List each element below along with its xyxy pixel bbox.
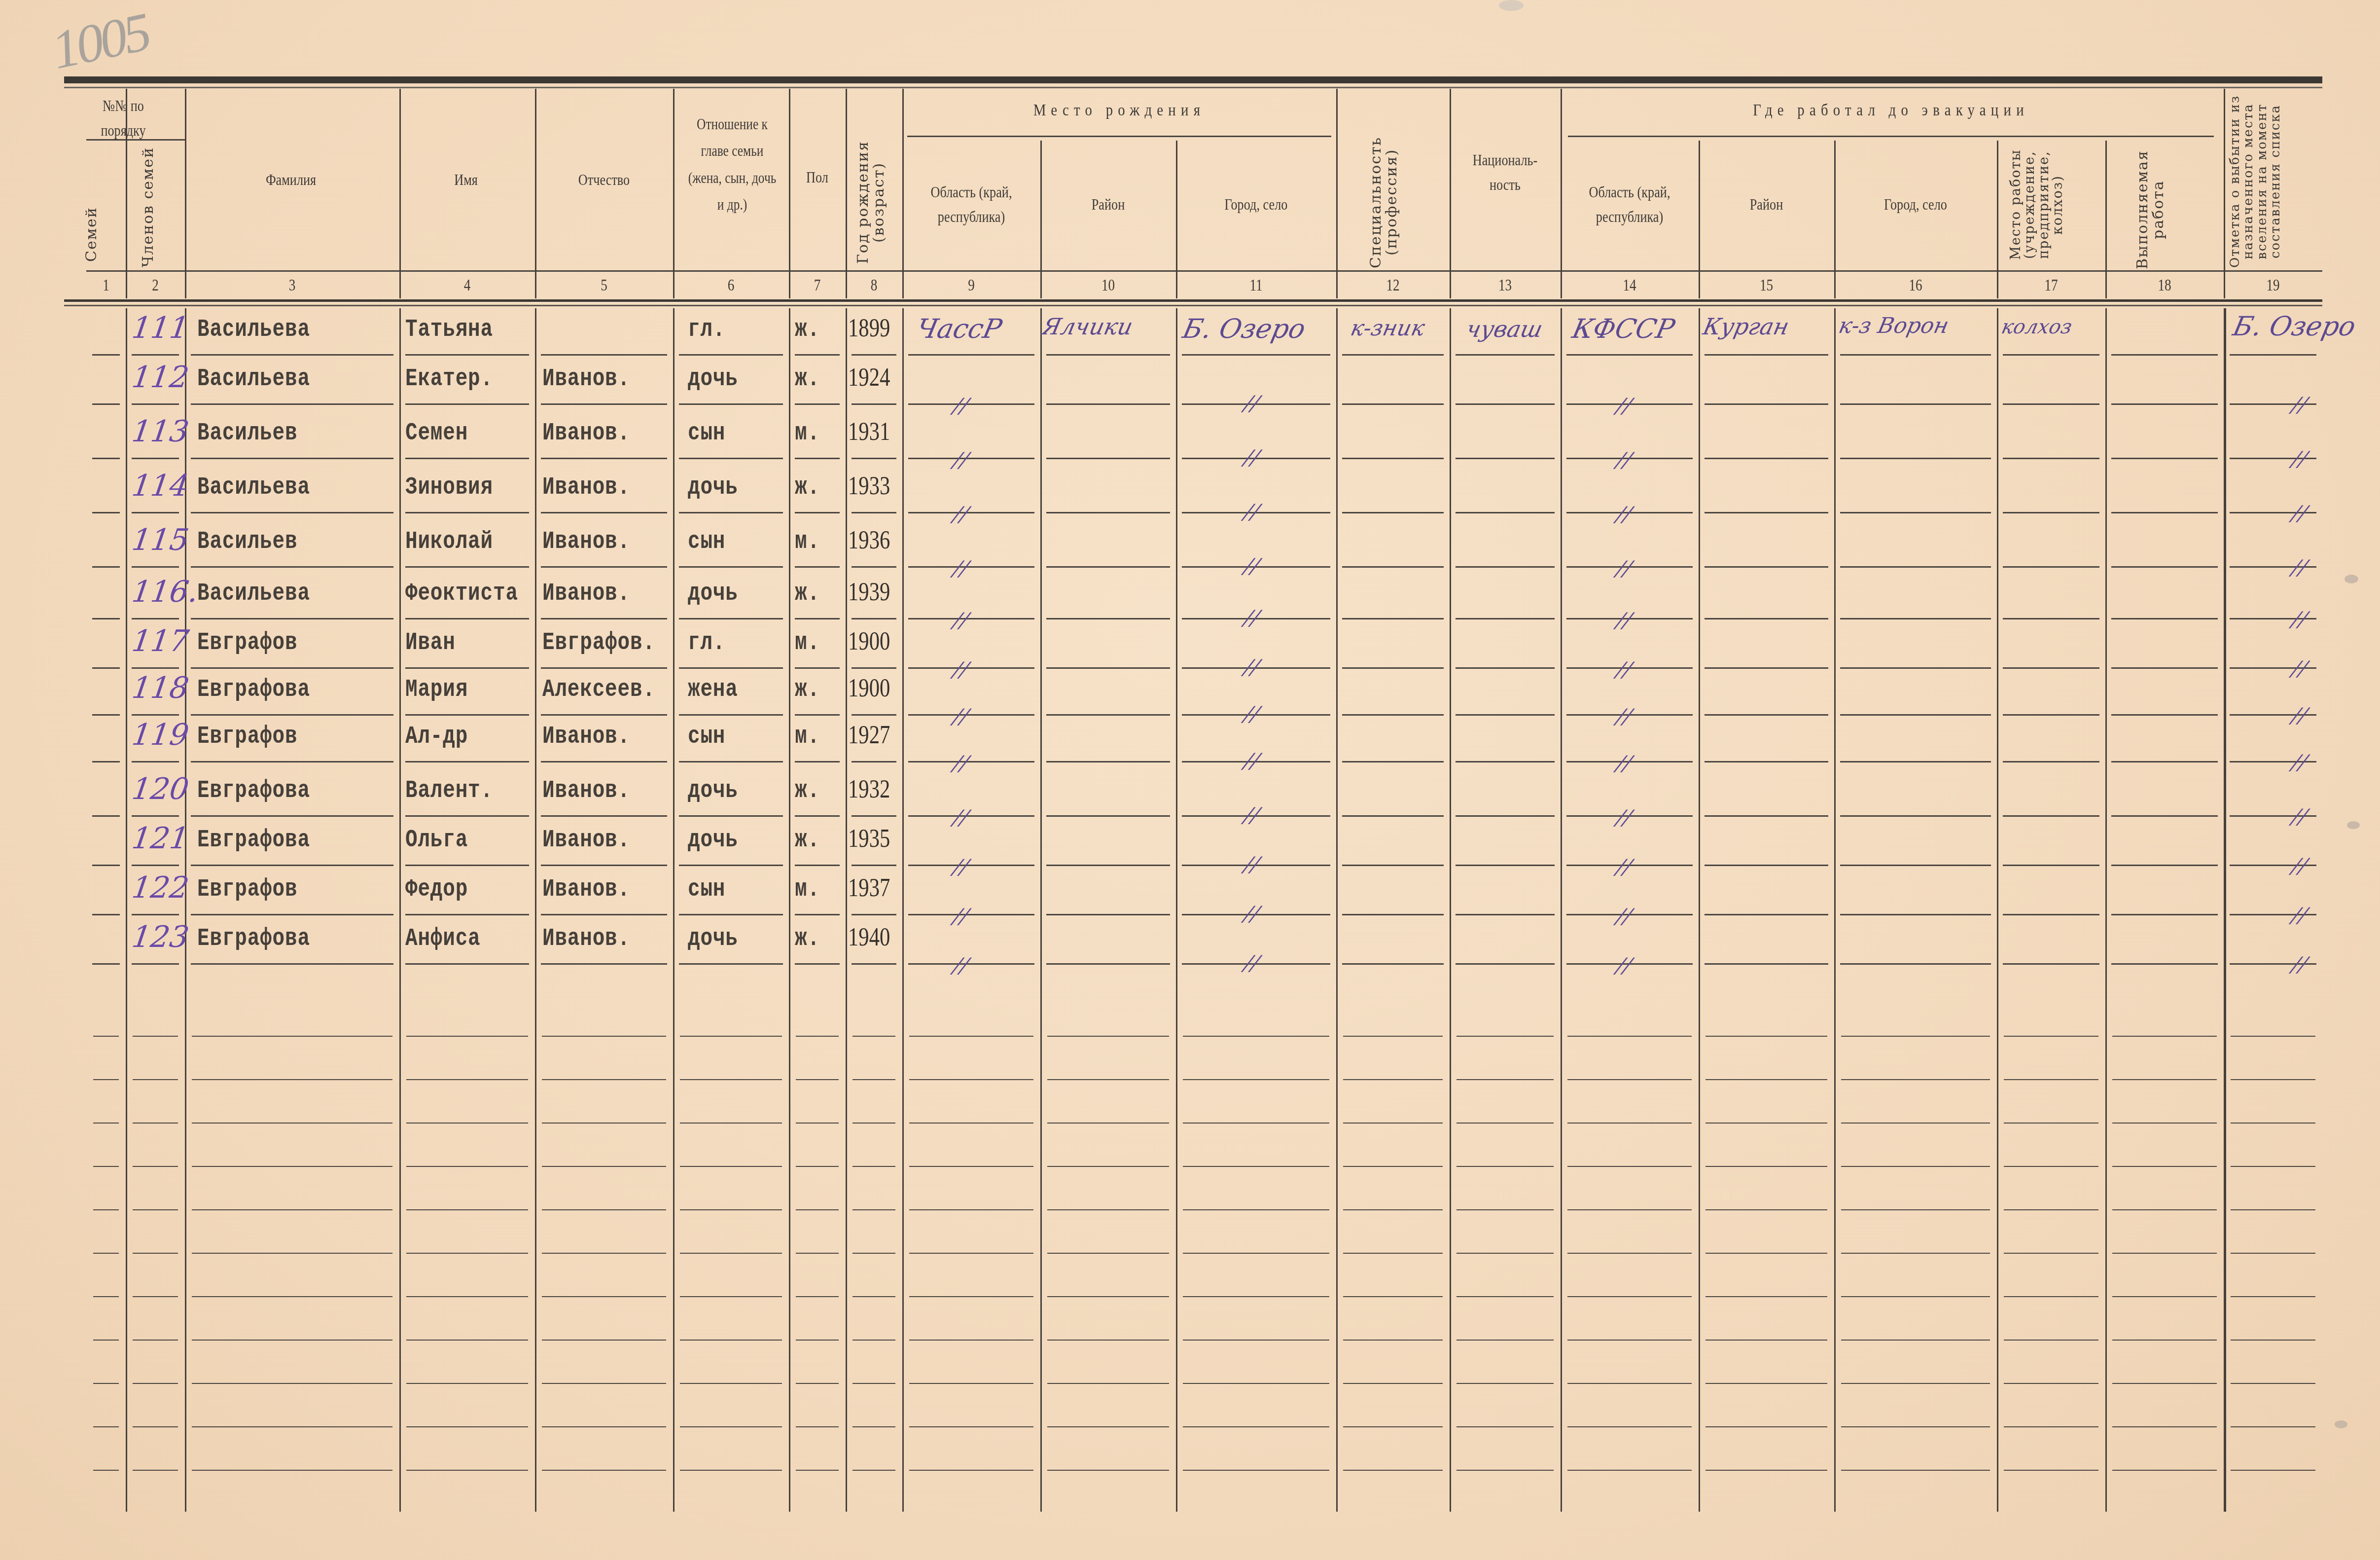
header-group-work-before-evacuation: Где работал до эвакуации xyxy=(1616,101,2166,120)
blank-row-line xyxy=(1456,1079,1554,1080)
row-underline xyxy=(795,761,840,762)
surname: Евграфова xyxy=(197,925,310,953)
blank-row-line xyxy=(853,1253,895,1254)
row-underline xyxy=(1342,815,1444,817)
row-underline xyxy=(1840,914,1991,915)
sex: м. xyxy=(795,419,820,447)
pencil-page-number: 1005 xyxy=(46,0,154,82)
blank-row-line xyxy=(406,1296,528,1297)
row-underline xyxy=(2111,815,2218,817)
row-underline xyxy=(132,618,179,619)
blank-row-line xyxy=(2004,1426,2098,1427)
blank-row-line xyxy=(2112,1209,2217,1210)
row-underline xyxy=(132,512,179,513)
blank-row-line xyxy=(1841,1079,1990,1080)
row-underline xyxy=(795,865,840,866)
blank-row-line xyxy=(1841,1253,1990,1254)
header-col-19: Отметка о выбытии из назначенного места … xyxy=(2229,91,2317,271)
row-underline xyxy=(1566,354,1693,356)
first-name: Иван xyxy=(405,629,456,657)
member-number: 114 xyxy=(130,469,191,503)
blank-row-line xyxy=(93,1079,119,1080)
row-underline xyxy=(191,761,393,762)
patronymic: Иванов. xyxy=(542,723,630,751)
relation: дочь xyxy=(688,580,738,608)
row-underline xyxy=(795,403,840,405)
blank-row-line xyxy=(796,1253,839,1254)
row-underline xyxy=(541,714,667,716)
blank-row-line xyxy=(1183,1166,1329,1167)
blank-row-line xyxy=(853,1166,895,1167)
patronymic: Алексеев. xyxy=(542,676,655,704)
column-divider xyxy=(2105,308,2107,1512)
row-underline xyxy=(405,667,529,669)
relation: сын xyxy=(688,723,725,751)
column-divider xyxy=(1450,308,1451,1512)
row-underline xyxy=(852,667,896,669)
column-divider xyxy=(126,308,127,1512)
row-underline xyxy=(191,354,393,356)
blank-row-line xyxy=(1705,1123,1827,1124)
member-number: 113 xyxy=(130,414,191,449)
column-divider xyxy=(535,89,536,298)
row-underline xyxy=(2111,512,2218,513)
first-name: Анфиса xyxy=(405,925,481,953)
header-bottom-rule-thin xyxy=(64,305,2322,306)
row-underline xyxy=(2003,354,2099,356)
blank-row-line xyxy=(1705,1079,1827,1080)
column-divider xyxy=(2105,141,2107,298)
row-underline xyxy=(541,815,667,817)
blank-row-line xyxy=(680,1166,782,1167)
birth-year: 1931 xyxy=(848,417,890,446)
birth-year: 1932 xyxy=(848,775,890,804)
row-underline xyxy=(191,566,393,568)
row-underline xyxy=(541,761,667,762)
work-region-ditto: // xyxy=(1614,608,1634,632)
header-col-18: Выполняемая работа xyxy=(2135,148,2189,271)
blank-row-line xyxy=(909,1166,1033,1167)
blank-row-line xyxy=(680,1296,782,1297)
row-underline xyxy=(191,865,393,866)
blank-row-line xyxy=(133,1426,178,1427)
row-underline xyxy=(679,566,783,568)
blank-row-line xyxy=(796,1426,839,1427)
departure-note: Б. Озеро xyxy=(2230,311,2358,342)
birth-year: 1933 xyxy=(848,472,890,501)
row-underline xyxy=(2111,618,2218,619)
row-underline xyxy=(679,618,783,619)
header-col-2: Членов семей xyxy=(141,143,170,271)
blank-row-line xyxy=(2004,1079,2098,1080)
row-underline xyxy=(92,458,120,459)
row-underline xyxy=(1456,714,1555,716)
surname: Евграфова xyxy=(197,676,310,704)
row-underline xyxy=(852,354,896,356)
surname: Евграфов xyxy=(197,875,297,904)
blank-row-line xyxy=(680,1209,782,1210)
group-divider xyxy=(1561,89,1562,298)
row-underline xyxy=(908,354,1034,356)
row-underline xyxy=(405,566,529,568)
blank-row-line xyxy=(909,1036,1033,1037)
first-name: Екатер. xyxy=(405,365,493,393)
member-number: 123 xyxy=(130,920,191,954)
blank-row-line xyxy=(2004,1383,2098,1384)
row-underline xyxy=(679,963,783,965)
row-underline xyxy=(1342,714,1444,716)
nationality: чуваш xyxy=(1464,316,1545,342)
birth-year: 1935 xyxy=(848,824,890,853)
sex: ж. xyxy=(795,580,820,608)
row-underline xyxy=(405,458,529,459)
column-number-8: 8 xyxy=(852,276,897,295)
blank-row-line xyxy=(2004,1296,2098,1297)
blank-row-line xyxy=(2231,1209,2315,1210)
row-underline xyxy=(2003,618,2099,619)
column-number-3: 3 xyxy=(207,276,378,295)
patronymic: Иванов. xyxy=(542,365,630,393)
blank-row-line xyxy=(680,1340,782,1341)
row-underline xyxy=(1046,914,1170,915)
surname: Евграфов xyxy=(197,723,297,751)
row-underline xyxy=(2003,914,2099,915)
workplace: колхоз xyxy=(1999,316,2074,338)
blank-row-line xyxy=(796,1166,839,1167)
patronymic: Иванов. xyxy=(542,826,630,854)
column-number-2: 2 xyxy=(132,276,179,295)
row-underline xyxy=(191,512,393,513)
row-underline xyxy=(92,618,120,619)
header-top-rule xyxy=(64,76,2322,83)
row-underline xyxy=(1342,458,1444,459)
row-underline xyxy=(2003,714,2099,716)
blank-row-line xyxy=(1456,1383,1554,1384)
row-underline xyxy=(795,354,840,356)
birth-district: Ялчики xyxy=(1040,313,1135,340)
header-col-15: Район xyxy=(1713,192,1820,217)
patronymic: Иванов. xyxy=(542,875,630,904)
row-underline xyxy=(541,354,667,356)
blank-row-line xyxy=(853,1036,895,1037)
column-number-12: 12 xyxy=(1348,276,1438,295)
blank-row-line xyxy=(1183,1383,1329,1384)
blank-row-line xyxy=(2004,1166,2098,1167)
header-col-12: Специальность (профессия) xyxy=(1368,133,1413,271)
row-underline xyxy=(852,714,896,716)
row-underline xyxy=(1840,458,1991,459)
row-underline xyxy=(1840,618,1991,619)
blank-row-line xyxy=(1841,1383,1990,1384)
blank-row-line xyxy=(1047,1426,1169,1427)
profession: к-зник xyxy=(1349,316,1427,341)
row-underline xyxy=(1840,354,1991,356)
row-underline xyxy=(1705,914,1828,915)
header-col-7: Пол xyxy=(796,165,838,190)
row-underline xyxy=(1342,914,1444,915)
column-divider xyxy=(846,308,847,1512)
patronymic: Иванов. xyxy=(542,528,630,556)
blank-row-line xyxy=(853,1470,895,1471)
sex: ж. xyxy=(795,777,820,805)
row-underline xyxy=(2111,354,2218,356)
blank-row-line xyxy=(1841,1123,1990,1124)
blank-row-line xyxy=(1456,1253,1554,1254)
blank-row-line xyxy=(542,1123,666,1124)
blank-row-line xyxy=(93,1340,119,1341)
column-number-4: 4 xyxy=(413,276,522,295)
row-underline xyxy=(908,963,1034,965)
blank-row-line xyxy=(192,1209,392,1210)
row-underline xyxy=(679,458,783,459)
blank-row-line xyxy=(909,1470,1033,1471)
birth-region-ditto: // xyxy=(951,394,971,418)
column-divider xyxy=(1834,141,1836,298)
blank-row-line xyxy=(542,1253,666,1254)
row-underline xyxy=(2111,963,2218,965)
birth-year: 1936 xyxy=(848,526,890,555)
relation: сын xyxy=(688,875,725,904)
column-divider xyxy=(535,308,536,1512)
work-region-ditto: // xyxy=(1614,657,1634,682)
row-underline xyxy=(1840,714,1991,716)
member-number: 111 xyxy=(130,311,191,345)
column-number-18: 18 xyxy=(2117,276,2212,295)
row-underline xyxy=(92,354,120,356)
row-underline xyxy=(2003,963,2099,965)
row-underline xyxy=(908,667,1034,669)
row-underline xyxy=(541,458,667,459)
blank-row-line xyxy=(406,1209,528,1210)
header-col-3: Фамилия xyxy=(214,168,368,192)
blank-row-line xyxy=(1343,1209,1443,1210)
row-underline xyxy=(795,667,840,669)
blank-row-line xyxy=(2004,1253,2098,1254)
blank-row-line xyxy=(1841,1340,1990,1341)
blank-row-line xyxy=(93,1383,119,1384)
row-underline xyxy=(405,512,529,513)
row-underline xyxy=(92,566,120,568)
column-divider xyxy=(1561,308,1562,1512)
column-number-11: 11 xyxy=(1192,276,1320,295)
blank-row-line xyxy=(909,1209,1033,1210)
blank-row-line xyxy=(406,1166,528,1167)
blank-row-line xyxy=(1343,1166,1443,1167)
blank-row-line xyxy=(1047,1209,1169,1210)
blank-row-line xyxy=(93,1296,119,1297)
blank-row-line xyxy=(1841,1470,1990,1471)
row-underline xyxy=(1840,815,1991,817)
work-region-ditto: // xyxy=(1614,448,1634,472)
group-divider xyxy=(2224,89,2225,298)
member-number: 116. xyxy=(130,575,200,609)
row-underline xyxy=(679,815,783,817)
blank-row-line xyxy=(2112,1383,2217,1384)
blank-row-line xyxy=(1841,1296,1990,1297)
row-underline xyxy=(2111,458,2218,459)
row-underline xyxy=(541,512,667,513)
row-underline xyxy=(908,512,1034,513)
column-divider xyxy=(1176,308,1177,1512)
blank-row-line xyxy=(853,1079,895,1080)
birth-year: 1924 xyxy=(848,363,890,392)
column-divider xyxy=(126,89,127,298)
row-underline xyxy=(405,914,529,915)
row-underline xyxy=(132,714,179,716)
blank-row-line xyxy=(1567,1036,1692,1037)
row-underline xyxy=(92,512,120,513)
relation: жена xyxy=(688,676,738,704)
row-underline xyxy=(1046,963,1170,965)
row-underline xyxy=(852,865,896,866)
blank-row-line xyxy=(1183,1209,1329,1210)
column-divider xyxy=(1040,308,1042,1512)
row-underline xyxy=(679,512,783,513)
blank-row-line xyxy=(1047,1036,1169,1037)
row-underline xyxy=(1705,761,1828,762)
row-underline xyxy=(1456,865,1555,866)
blank-row-line xyxy=(542,1079,666,1080)
row-underline xyxy=(1046,354,1170,356)
row-underline xyxy=(1046,815,1170,817)
blank-row-line xyxy=(853,1209,895,1210)
member-number: 117 xyxy=(130,624,191,658)
row-underline xyxy=(1456,618,1555,619)
row-underline xyxy=(679,865,783,866)
column-number-13: 13 xyxy=(1461,276,1550,295)
birth-region-ditto: // xyxy=(951,608,971,632)
blank-row-line xyxy=(2231,1426,2315,1427)
row-underline xyxy=(1182,354,1330,356)
row-underline xyxy=(1840,761,1991,762)
row-underline xyxy=(1046,761,1170,762)
blank-row-line xyxy=(1705,1470,1827,1471)
blank-row-line xyxy=(406,1383,528,1384)
header-col-11: Город, село xyxy=(1192,192,1319,217)
row-underline xyxy=(2111,914,2218,915)
row-underline xyxy=(132,914,179,915)
blank-row-line xyxy=(1343,1123,1443,1124)
row-underline xyxy=(132,458,179,459)
column-number-1: 1 xyxy=(90,276,122,295)
row-underline xyxy=(1342,403,1444,405)
blank-row-line xyxy=(1567,1296,1692,1297)
blank-row-line xyxy=(1183,1340,1329,1341)
row-underline xyxy=(1342,963,1444,965)
paper-stain xyxy=(2344,575,2358,583)
blank-row-line xyxy=(2112,1296,2217,1297)
relation: дочь xyxy=(688,925,738,953)
row-underline xyxy=(132,403,179,405)
row-underline xyxy=(1840,512,1991,513)
column-divider xyxy=(1834,308,1836,1512)
row-underline xyxy=(795,618,840,619)
blank-row-line xyxy=(909,1253,1033,1254)
row-underline xyxy=(795,963,840,965)
blank-row-line xyxy=(542,1166,666,1167)
row-underline xyxy=(795,914,840,915)
column-divider xyxy=(1336,308,1338,1512)
first-name: Семен xyxy=(405,419,468,447)
row-underline xyxy=(2111,761,2218,762)
first-name: Татьяна xyxy=(405,316,493,344)
column-number-5: 5 xyxy=(549,276,659,295)
birth-region-ditto: // xyxy=(951,805,971,830)
column-divider xyxy=(1699,308,1700,1512)
blank-row-line xyxy=(406,1036,528,1037)
blank-row-line xyxy=(1343,1253,1443,1254)
blank-row-line xyxy=(192,1296,392,1297)
row-underline xyxy=(92,761,120,762)
column-divider xyxy=(846,89,847,298)
work-region-ditto: // xyxy=(1614,953,1634,978)
birth-region-ditto: // xyxy=(951,502,971,526)
blank-row-line xyxy=(1047,1383,1169,1384)
row-underline xyxy=(908,618,1034,619)
birth-region: ЧассР xyxy=(914,313,1004,344)
blank-row-line xyxy=(1343,1296,1443,1297)
surname: Васильева xyxy=(197,316,310,344)
row-underline xyxy=(852,963,896,965)
row-underline xyxy=(1705,865,1828,866)
row-underline xyxy=(852,914,896,915)
blank-row-line xyxy=(853,1340,895,1341)
patronymic: Евграфов. xyxy=(542,629,655,657)
row-underline xyxy=(132,865,179,866)
blank-row-line xyxy=(796,1036,839,1037)
work-region-ditto: // xyxy=(1614,502,1634,526)
row-underline xyxy=(2003,761,2099,762)
blank-row-line xyxy=(1047,1123,1169,1124)
row-underline xyxy=(908,865,1034,866)
member-number: 119 xyxy=(130,718,191,752)
blank-row-line xyxy=(909,1426,1033,1427)
row-underline xyxy=(191,815,393,817)
blank-row-line xyxy=(1841,1036,1990,1037)
paper-stain xyxy=(2335,1420,2347,1428)
blank-row-line xyxy=(1567,1209,1692,1210)
blank-row-line xyxy=(1343,1383,1443,1384)
blank-row-line xyxy=(2112,1123,2217,1124)
blank-row-line xyxy=(1705,1383,1827,1384)
blank-row-line xyxy=(406,1079,528,1080)
row-underline xyxy=(132,761,179,762)
row-underline xyxy=(1342,618,1444,619)
row-underline xyxy=(1046,865,1170,866)
first-name: Федор xyxy=(405,875,468,904)
row-underline xyxy=(1456,667,1555,669)
birth-year: 1939 xyxy=(848,578,890,607)
column-number-16: 16 xyxy=(1850,276,1981,295)
row-underline xyxy=(2003,512,2099,513)
blank-row-line xyxy=(1183,1253,1329,1254)
header-group-rule xyxy=(1568,136,2214,137)
birth-town: Б. Озеро xyxy=(1180,313,1308,344)
row-underline xyxy=(191,618,393,619)
birth-region-ditto: // xyxy=(951,953,971,978)
birth-region-ditto: // xyxy=(951,448,971,472)
blank-row-line xyxy=(680,1253,782,1254)
row-underline xyxy=(1840,403,1991,405)
row-underline xyxy=(2111,667,2218,669)
blank-row-line xyxy=(2231,1079,2315,1080)
patronymic: Иванов. xyxy=(542,925,630,953)
blank-row-line xyxy=(2231,1036,2315,1037)
sex: м. xyxy=(795,875,820,904)
blank-row-line xyxy=(1047,1470,1169,1471)
blank-row-line xyxy=(853,1296,895,1297)
column-divider xyxy=(1040,141,1042,298)
